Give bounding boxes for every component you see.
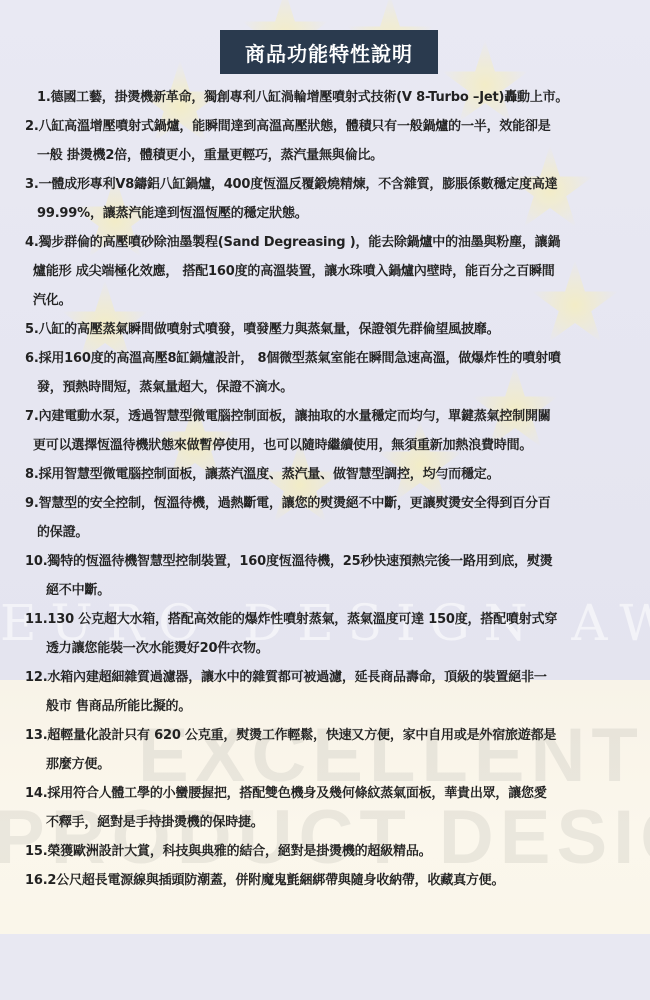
feature-item-2: 2.八缸高溫增壓噴射式鍋爐，能瞬間達到高溫高壓狀態，體積只有一般鍋爐的一半，效能… bbox=[25, 112, 625, 170]
feature-line: 1.德國工藝，掛燙機新革命，獨創專利八缸渦輪增壓噴射式技術(V 8-Turbo … bbox=[25, 83, 625, 112]
feature-item-7: 7.內建電動水泵，透過智慧型微電腦控制面板，讓抽取的水量穩定而均勻，單鍵蒸氣控制… bbox=[25, 402, 625, 460]
feature-line: 13.超輕量化設計只有 620 公克重，熨燙工作輕鬆，快速又方便，家中自用或是外… bbox=[25, 721, 625, 750]
feature-line: 9.智慧型的安全控制，恆溫待機，過熱斷電，讓您的熨燙絕不中斷，更讓熨燙安全得到百… bbox=[25, 489, 625, 518]
feature-line-continued: 那麼方便。 bbox=[25, 750, 625, 779]
feature-line-continued: 爐能形 成尖端極化效應， 搭配160度的高溫裝置，讓水珠噴入鍋爐內壁時，能百分之… bbox=[25, 257, 625, 286]
feature-line: 6.採用160度的高溫高壓8缸鍋爐設計， 8個微型蒸氣室能在瞬間急速高溫，做爆炸… bbox=[25, 344, 625, 373]
feature-item-11: 11.130 公克超大水箱，搭配高效能的爆炸性噴射蒸氣，蒸氣溫度可達 150度，… bbox=[25, 605, 625, 663]
feature-line-continued: 一般 掛燙機2倍，體積更小，重量更輕巧，蒸汽量無與倫比。 bbox=[25, 141, 625, 170]
feature-item-5: 5.八缸的高壓蒸氣瞬間做噴射式噴發，噴發壓力與蒸氣量，保證領先群倫望風披靡。 bbox=[25, 315, 625, 344]
feature-line: 11.130 公克超大水箱，搭配高效能的爆炸性噴射蒸氣，蒸氣溫度可達 150度，… bbox=[25, 605, 625, 634]
feature-line: 8.採用智慧型微電腦控制面板，讓蒸汽溫度、蒸汽量、做智慧型調控，均勻而穩定。 bbox=[25, 460, 625, 489]
feature-item-6: 6.採用160度的高溫高壓8缸鍋爐設計， 8個微型蒸氣室能在瞬間急速高溫，做爆炸… bbox=[25, 344, 625, 402]
feature-line: 12.水箱內建超細雜質過濾器，讓水中的雜質都可被過濾，延長商品壽命，頂級的裝置絕… bbox=[25, 663, 625, 692]
feature-line-continued: 般市 售商品所能比擬的。 bbox=[25, 692, 625, 721]
feature-item-13: 13.超輕量化設計只有 620 公克重，熨燙工作輕鬆，快速又方便，家中自用或是外… bbox=[25, 721, 625, 779]
feature-item-4: 4.獨步群倫的高壓噴砂除油墨製程(Sand Degreasing )，能去除鍋爐… bbox=[25, 228, 625, 315]
feature-item-12: 12.水箱內建超細雜質過濾器，讓水中的雜質都可被過濾，延長商品壽命，頂級的裝置絕… bbox=[25, 663, 625, 721]
feature-line: 10.獨特的恆溫待機智慧型控制裝置，160度恆溫待機，25秒快速預熱完後一路用到… bbox=[25, 547, 625, 576]
feature-line-continued: 透力讓您能裝一次水能燙好20件衣物。 bbox=[25, 634, 625, 663]
feature-line: 5.八缸的高壓蒸氣瞬間做噴射式噴發，噴發壓力與蒸氣量，保證領先群倫望風披靡。 bbox=[25, 315, 625, 344]
feature-line: 4.獨步群倫的高壓噴砂除油墨製程(Sand Degreasing )，能去除鍋爐… bbox=[25, 228, 625, 257]
feature-item-15: 15.榮獲歐洲設計大賞，科技與典雅的結合，絕對是掛燙機的超級精品。 bbox=[25, 837, 625, 866]
feature-line-continued: 更可以選擇恆溫待機狀態來做暫停使用，也可以隨時繼續使用，無須重新加熱浪費時間。 bbox=[25, 431, 625, 460]
feature-line: 14.採用符合人體工學的小蠻腰握把，搭配雙色機身及幾何條紋蒸氣面板，華貴出眾，讓… bbox=[25, 779, 625, 808]
feature-item-1: 1.德國工藝，掛燙機新革命，獨創專利八缸渦輪增壓噴射式技術(V 8-Turbo … bbox=[25, 83, 625, 112]
feature-item-3: 3.一體成形專利V8鑄鋁八缸鍋爐，400度恆溫反覆鍛燒精煉，不含雜質，膨脹係數穩… bbox=[25, 170, 625, 228]
section-title: 商品功能特性說明 bbox=[220, 30, 438, 74]
feature-line-continued: 99.99%，讓蒸汽能達到恆溫恆壓的穩定狀態。 bbox=[25, 199, 625, 228]
feature-item-16: 16.2公尺超長電源線與插頭防潮蓋，併附魔鬼氈綑綁帶與隨身收納帶，收藏真方便。 bbox=[25, 866, 625, 895]
feature-line: 15.榮獲歐洲設計大賞，科技與典雅的結合，絕對是掛燙機的超級精品。 bbox=[25, 837, 625, 866]
feature-line: 7.內建電動水泵，透過智慧型微電腦控制面板，讓抽取的水量穩定而均勻，單鍵蒸氣控制… bbox=[25, 402, 625, 431]
feature-line-continued: 發，預熱時間短，蒸氣量超大，保證不滴水。 bbox=[25, 373, 625, 402]
feature-line-continued: 不釋手，絕對是手持掛燙機的保時捷。 bbox=[25, 808, 625, 837]
background-bottom bbox=[0, 934, 650, 1000]
feature-line-continued: 汽化。 bbox=[25, 286, 625, 315]
feature-line-continued: 絕不中斷。 bbox=[25, 576, 625, 605]
feature-item-8: 8.採用智慧型微電腦控制面板，讓蒸汽溫度、蒸汽量、做智慧型調控，均勻而穩定。 bbox=[25, 460, 625, 489]
section-title-text: 商品功能特性說明 bbox=[245, 38, 413, 67]
feature-line: 3.一體成形專利V8鑄鋁八缸鍋爐，400度恆溫反覆鍛燒精煉，不含雜質，膨脹係數穩… bbox=[25, 170, 625, 199]
feature-line: 2.八缸高溫增壓噴射式鍋爐，能瞬間達到高溫高壓狀態，體積只有一般鍋爐的一半，效能… bbox=[25, 112, 625, 141]
feature-line-continued: 的保證。 bbox=[25, 518, 625, 547]
feature-item-9: 9.智慧型的安全控制，恆溫待機，過熱斷電，讓您的熨燙絕不中斷，更讓熨燙安全得到百… bbox=[25, 489, 625, 547]
feature-item-14: 14.採用符合人體工學的小蠻腰握把，搭配雙色機身及幾何條紋蒸氣面板，華貴出眾，讓… bbox=[25, 779, 625, 837]
feature-item-10: 10.獨特的恆溫待機智慧型控制裝置，160度恆溫待機，25秒快速預熱完後一路用到… bbox=[25, 547, 625, 605]
feature-list: 1.德國工藝，掛燙機新革命，獨創專利八缸渦輪增壓噴射式技術(V 8-Turbo … bbox=[25, 83, 625, 895]
feature-line: 16.2公尺超長電源線與插頭防潮蓋，併附魔鬼氈綑綁帶與隨身收納帶，收藏真方便。 bbox=[25, 866, 625, 895]
